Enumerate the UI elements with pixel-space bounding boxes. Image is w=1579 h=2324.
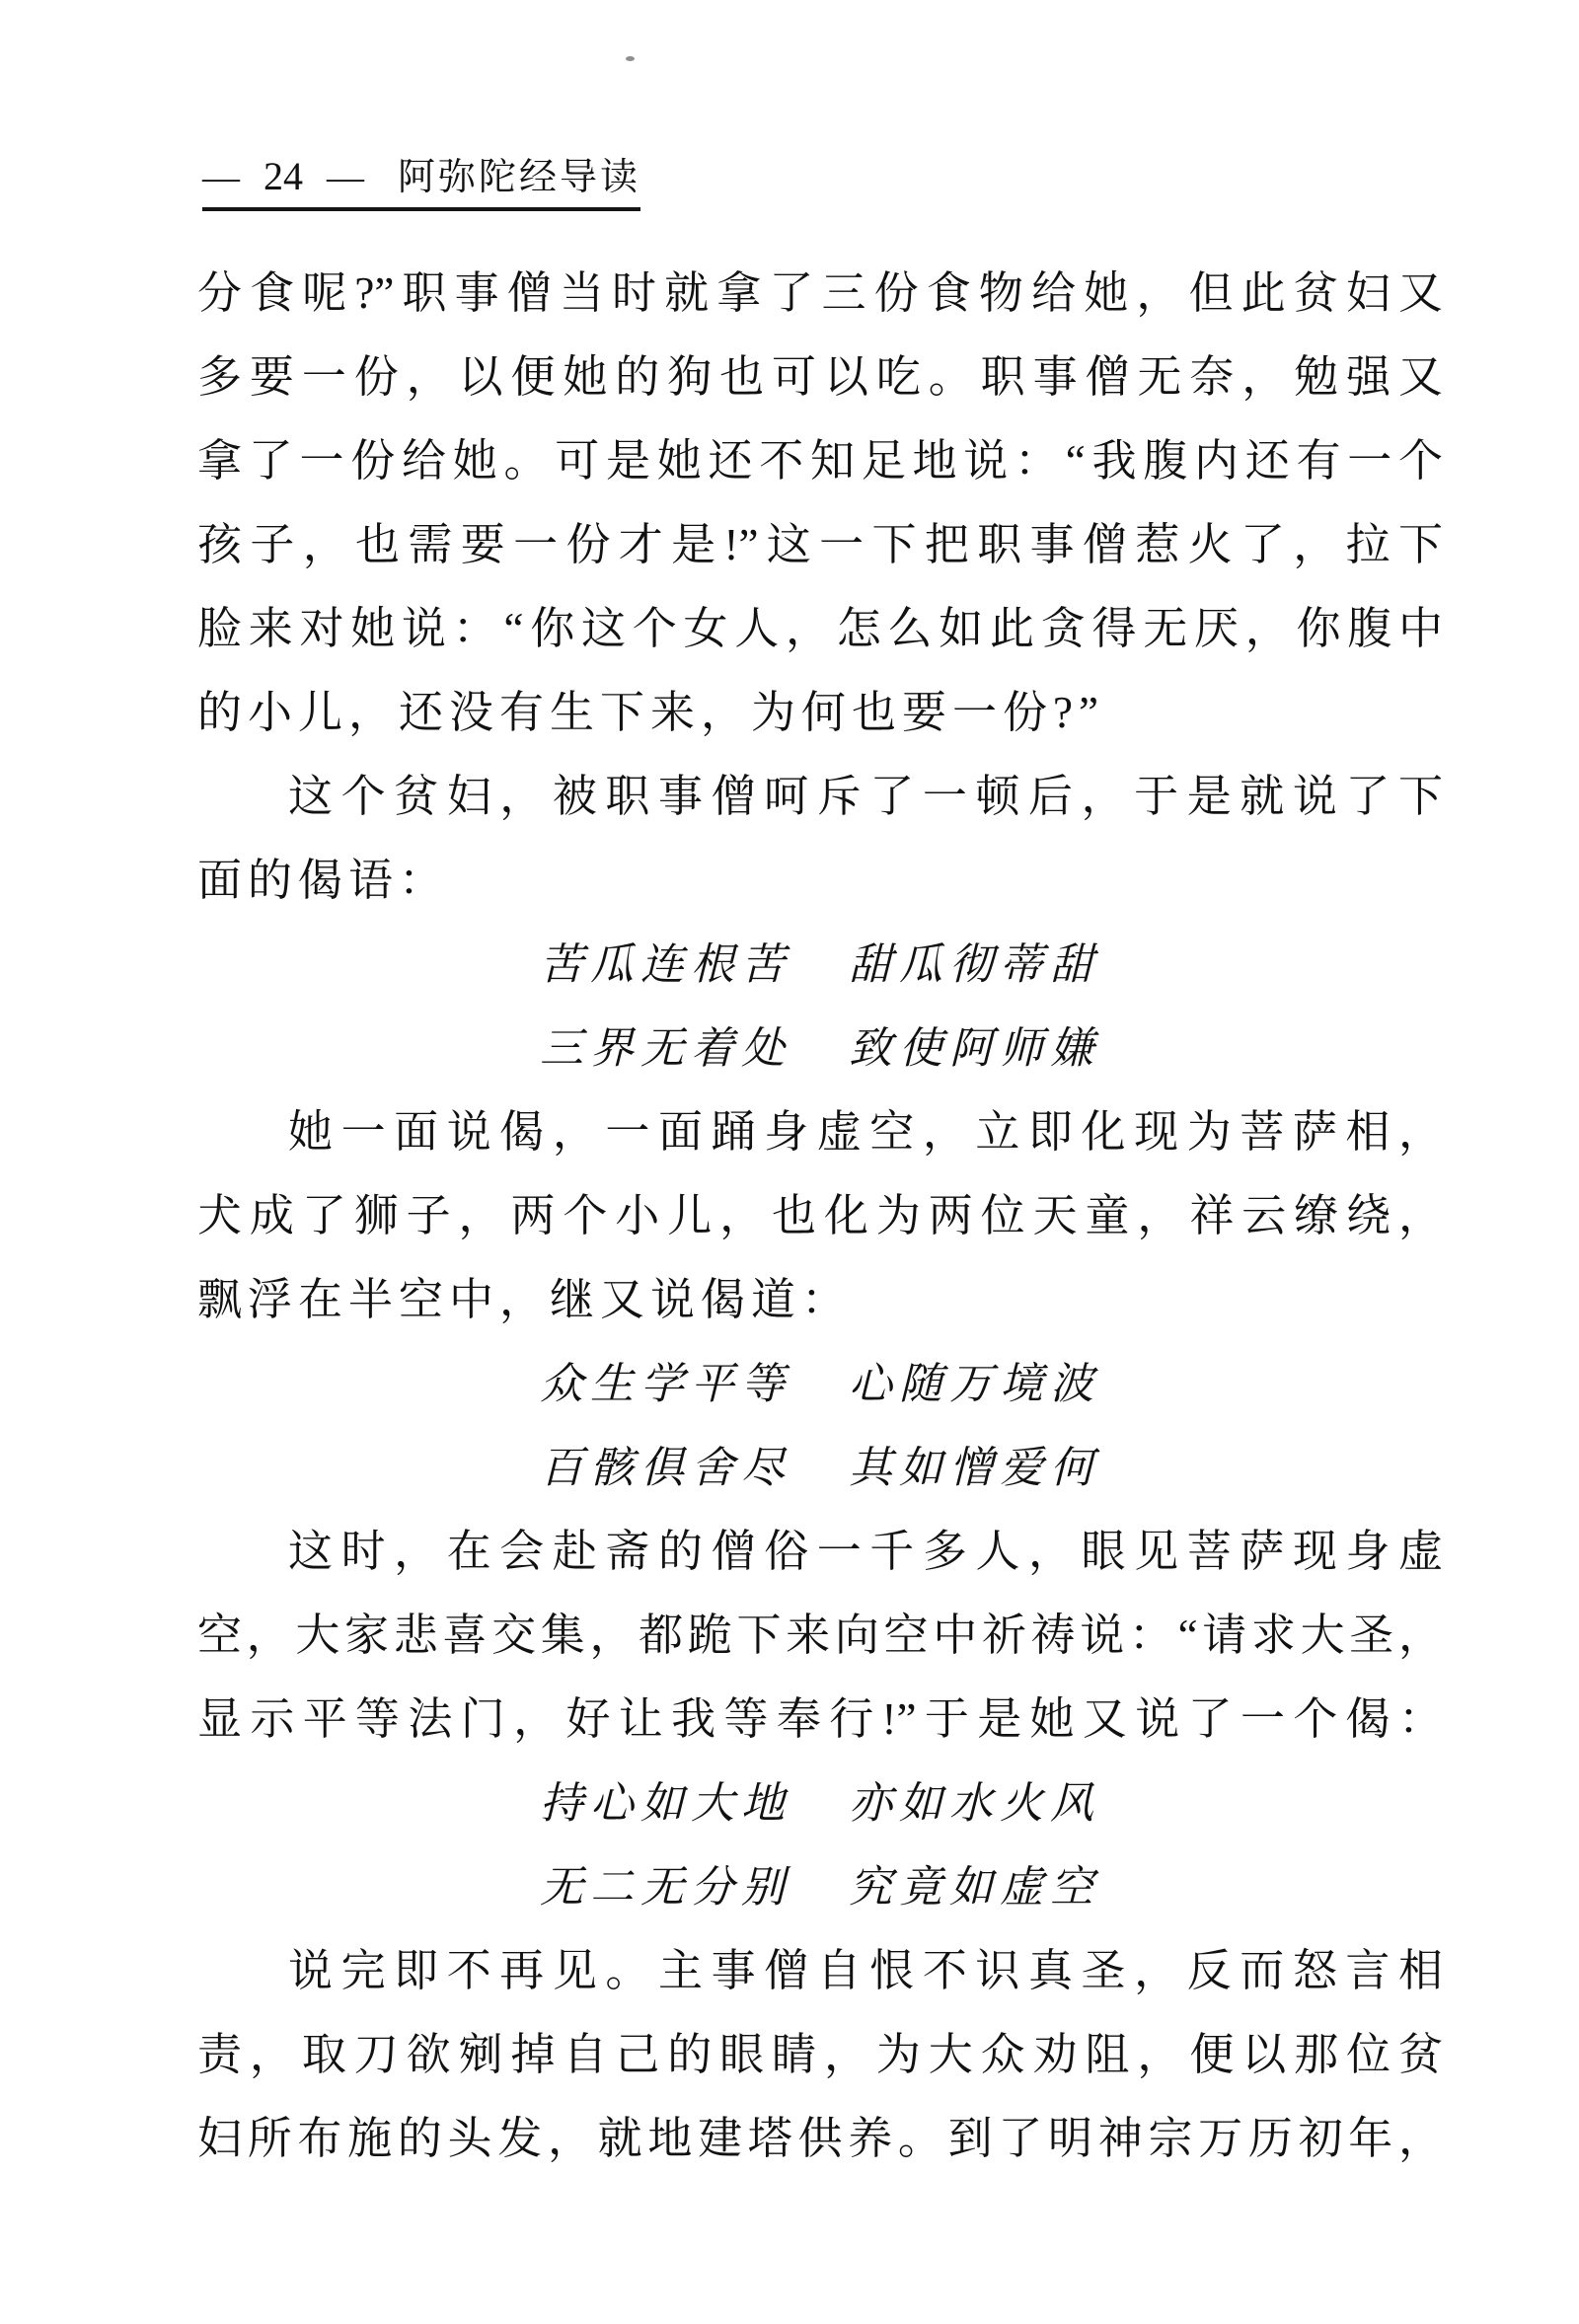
verse-left: 众生学平等 [540,1360,791,1408]
text-line: 妇所布施的头发，就地建塔供养。到了明神宗万历初年， [197,2097,1443,2181]
text-line: 空，大家悲喜交集，都跪下来向空中祈祷说：“请求大圣， [197,1594,1443,1678]
text-line: 孩子，也需要一份才是!”这一下把职事僧惹火了，拉下 [197,503,1443,587]
verse-line: 三界无着处致使阿师嫌 [197,1007,1443,1090]
text-line-paragraph-start: 她一面说偈，一面踊身虚空，立即化现为菩萨相， [197,1090,1443,1174]
text-line: 多要一份，以便她的狗也可以吃。职事僧无奈，勉强又 [197,336,1443,419]
text-line: 飘浮在半空中，继又说偈道： [197,1258,1443,1342]
text-line: 脸来对她说：“你这个女人，怎么如此贪得无厌，你腹中 [197,587,1443,671]
scanned-book-page: { "header": { "left_dash": "—", "page_nu… [0,0,1579,2324]
verse-line: 持心如大地亦如水火风 [197,1762,1443,1845]
verse-left: 无二无分别 [540,1863,791,1912]
verse-right: 究竟如虚空 [849,1863,1100,1912]
verse-line: 众生学平等心随万境波 [197,1342,1443,1426]
text-line-paragraph-start: 这时，在会赴斋的僧俗一千多人，眼见菩萨现身虚 [197,1510,1443,1594]
verse-line: 无二无分别究竟如虚空 [197,1845,1443,1929]
header-dash-right: — [327,157,364,198]
verse-left: 三界无着处 [540,1024,791,1073]
verse-right: 其如憎爱何 [849,1444,1100,1492]
header-dash-left: — [202,157,240,198]
verse-right: 心随万境波 [849,1360,1100,1408]
verse-right: 亦如水火风 [849,1779,1100,1828]
body-text: 分食呢?”职事僧当时就拿了三份食物给她，但此贫妇又 多要一份，以便她的狗也可以吃… [197,252,1443,2181]
text-line: 拿了一份给她。可是她还不知足地说：“我腹内还有一个 [197,419,1443,503]
page-header: —24—阿弥陀经导读 [202,156,640,211]
text-line: 面的偈语： [197,839,1443,923]
verse-line: 百骸俱舍尽其如憎爱何 [197,1426,1443,1510]
verse-right: 甜瓜彻蒂甜 [849,940,1100,989]
text-line: 责，取刀欲剜掉自己的眼睛，为大众劝阻，便以那位贫 [197,2013,1443,2097]
verse-right: 致使阿师嫌 [849,1024,1100,1073]
text-line-paragraph-start: 这个贫妇，被职事僧呵斥了一顿后，于是就说了下 [197,755,1443,839]
text-line: 犬成了狮子，两个小儿，也化为两位天童，祥云缭绕， [197,1174,1443,1258]
text-line-paragraph-start: 说完即不再见。主事僧自恨不识真圣，反而怒言相 [197,1929,1443,2013]
text-line: 分食呢?”职事僧当时就拿了三份食物给她，但此贫妇又 [197,252,1443,336]
book-title: 阿弥陀经导读 [398,157,640,198]
verse-left: 持心如大地 [540,1779,791,1828]
verse-line: 苦瓜连根苦甜瓜彻蒂甜 [197,923,1443,1007]
page-number: 24 [263,154,303,198]
header-rule: —24—阿弥陀经导读 [202,156,640,211]
text-line: 显示平等法门，好让我等奉行!”于是她又说了一个偈： [197,1678,1443,1762]
scan-speck [626,56,635,61]
verse-left: 苦瓜连根苦 [540,940,791,989]
verse-left: 百骸俱舍尽 [540,1444,791,1492]
text-line: 的小儿，还没有生下来，为何也要一份?” [197,671,1443,755]
